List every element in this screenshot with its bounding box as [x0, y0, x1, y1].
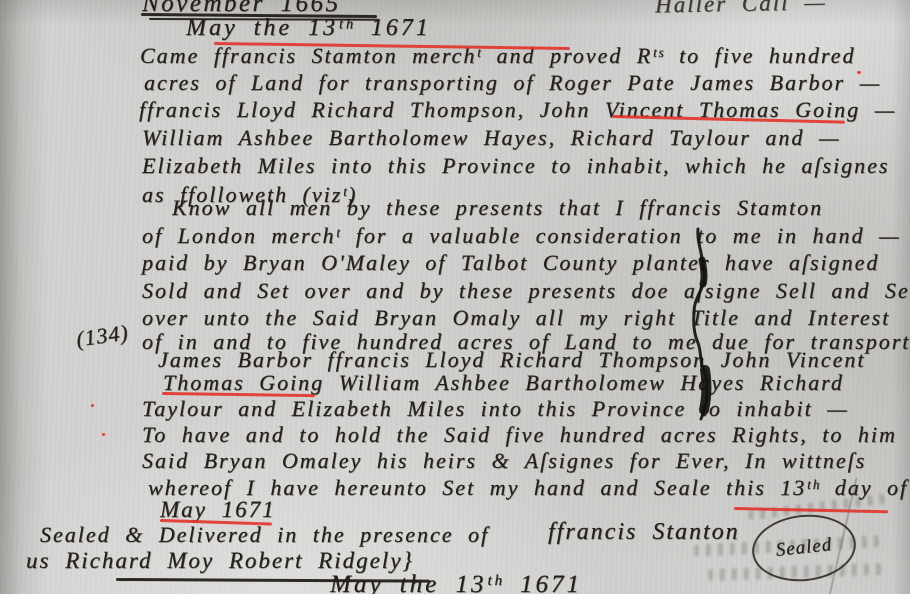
- body-line: Know all men by these presents that I ff…: [172, 197, 823, 219]
- body-line: Elizabeth Miles into this Province to in…: [142, 155, 889, 177]
- margin-folio-number: (134): [75, 321, 130, 350]
- seal-label: Sealed: [775, 534, 834, 562]
- signature-name: ffrancis Stanton: [548, 520, 740, 544]
- body-line: acres of Land for transporting of Roger …: [144, 72, 881, 94]
- red-speck: [91, 404, 94, 407]
- entry-date-heading: May the 13ᵗʰ 1671: [186, 16, 431, 40]
- witness-line: Sealed & Delivered in the presence of: [40, 524, 489, 546]
- body-line: whereof I have hereunto Set my hand and …: [148, 477, 908, 499]
- corner-note: Haller Call —: [655, 0, 827, 16]
- body-line: of London merchᵗ for a valuable consider…: [142, 225, 901, 247]
- manuscript-page: November 1665 Haller Call — May the 13ᵗʰ…: [0, 0, 910, 594]
- body-line: William Ashbee Bartholomew Hayes, Richar…: [142, 127, 840, 149]
- body-line: Sold and Set over and by these presents …: [142, 280, 910, 302]
- red-speck: [102, 433, 105, 436]
- body-line: over unto the Said Bryan Omaly all my ri…: [142, 307, 890, 329]
- body-line: Taylour and Elizabeth Miles into this Pr…: [142, 398, 849, 420]
- body-line: paid by Bryan O'Maley of Talbot County p…: [142, 252, 879, 274]
- body-line: ffrancis Lloyd Richard Thompson, John Vi…: [139, 99, 896, 121]
- body-line: May 1671: [160, 498, 276, 521]
- body-line: Thomas Going William Ashbee Bartholomew …: [163, 372, 844, 394]
- red-speck: [857, 71, 861, 74]
- body-line: Said Bryan Omaley his heirs & Aſsignes f…: [142, 450, 866, 472]
- witness-line: us Richard Moy Robert Ridgely}: [26, 549, 414, 572]
- body-line: James Barbor ffrancis Lloyd Richard Thom…: [158, 349, 865, 371]
- body-line: To have and to hold the Said five hundre…: [142, 424, 910, 446]
- footer-date: May the 13ᵗʰ 1671: [330, 572, 582, 594]
